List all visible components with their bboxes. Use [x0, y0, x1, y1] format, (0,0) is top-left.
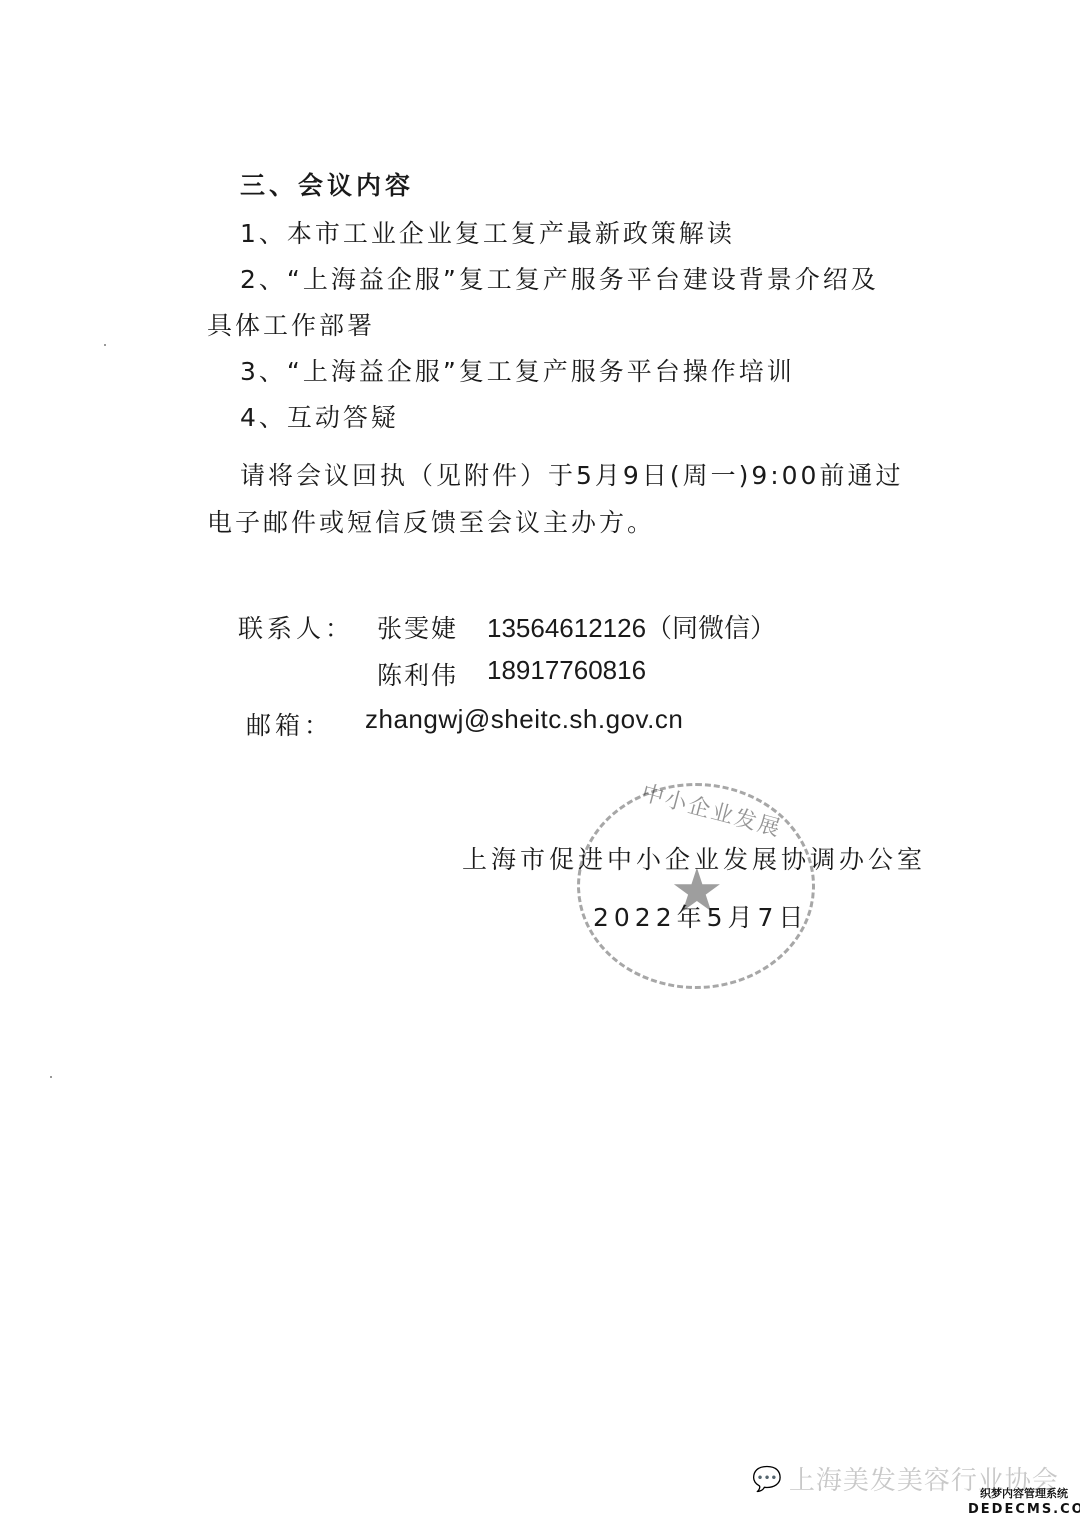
email-label: 邮箱： [246, 706, 333, 742]
section-heading: 三、会议内容 [240, 166, 414, 202]
agenda-item-1: 1、本市工业企业复工复产最新政策解读 [240, 214, 735, 250]
agenda-item-2-cont: 具体工作部署 [207, 306, 375, 342]
scan-speck [50, 1076, 52, 1078]
contact-phone-2: 18917760816 [487, 655, 646, 686]
contact-name-1: 张雯婕 [377, 609, 458, 645]
official-seal: 中小企业发展 ★ [577, 783, 815, 989]
wechat-icon: 💬 [752, 1465, 783, 1493]
seal-text: 中小企业发展 [638, 776, 785, 843]
scan-speck [104, 344, 106, 346]
notice-line-2: 电子邮件或短信反馈至会议主办方。 [207, 503, 655, 539]
contact-label: 联系人： [238, 609, 354, 645]
signature-org: 上海市促进中小企业发展协调办公室 [462, 840, 926, 876]
agenda-item-4: 4、互动答疑 [240, 398, 399, 434]
cms-badge-line-1: 织梦内容管理系统 [968, 1486, 1080, 1502]
agenda-item-3: 3、“上海益企服”复工复产服务平台操作培训 [240, 352, 795, 388]
signature-date: 2022年5月7日 [593, 898, 808, 934]
agenda-item-2: 2、“上海益企服”复工复产服务平台建设背景介绍及 [240, 260, 879, 296]
cms-badge: 织梦内容管理系统 DEDECMS.COM [968, 1486, 1080, 1518]
cms-badge-line-2: DEDECMS.COM [968, 1502, 1080, 1518]
notice-line-1: 请将会议回执（见附件）于5月9日(周一)9:00前通过 [240, 456, 903, 492]
contact-email[interactable]: zhangwj@sheitc.sh.gov.cn [365, 704, 683, 735]
contact-phone-1: 13564612126（同微信） [487, 608, 776, 645]
contact-name-2: 陈利伟 [377, 656, 458, 692]
